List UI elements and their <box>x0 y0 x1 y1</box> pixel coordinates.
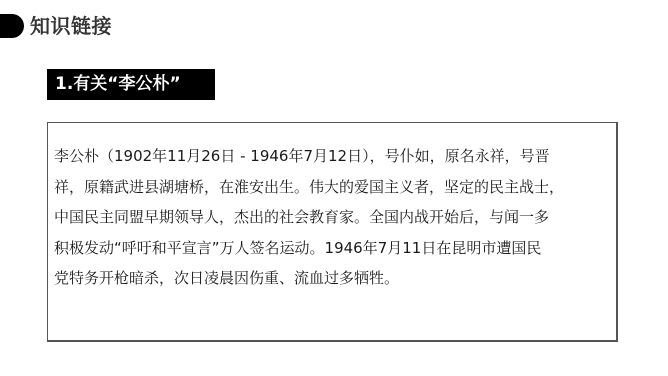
text-line: 中国民主同盟早期领导人，杰出的社会教育家。全国内战开始后，与闻一多 <box>54 202 608 233</box>
page-title: 知识链接 <box>30 12 112 40</box>
text-line: 祥，原籍武进县湖塘桥，在淮安出生。伟大的爱国主义者，坚定的民主战士， <box>54 172 608 203</box>
text-line: 党特务开枪暗杀，次日凌晨因伤重、流血过多牺牲。 <box>54 263 608 294</box>
biography-text: 李公朴（1902年11月26日 - 1946年7月12日），号仆如，原名永祥，号… <box>54 141 608 294</box>
text-line: 积极发动“呼吁和平宣言”万人签名运动。1946年7月11日在昆明市遭国民 <box>54 233 608 264</box>
content-box: 李公朴（1902年11月26日 - 1946年7月12日），号仆如，原名永祥，号… <box>47 122 618 342</box>
text-line: 李公朴（1902年11月26日 - 1946年7月12日），号仆如，原名永祥，号… <box>54 141 608 172</box>
section-title: 1.有关“李公朴” <box>47 69 215 100</box>
header-pill-decoration <box>0 14 24 38</box>
